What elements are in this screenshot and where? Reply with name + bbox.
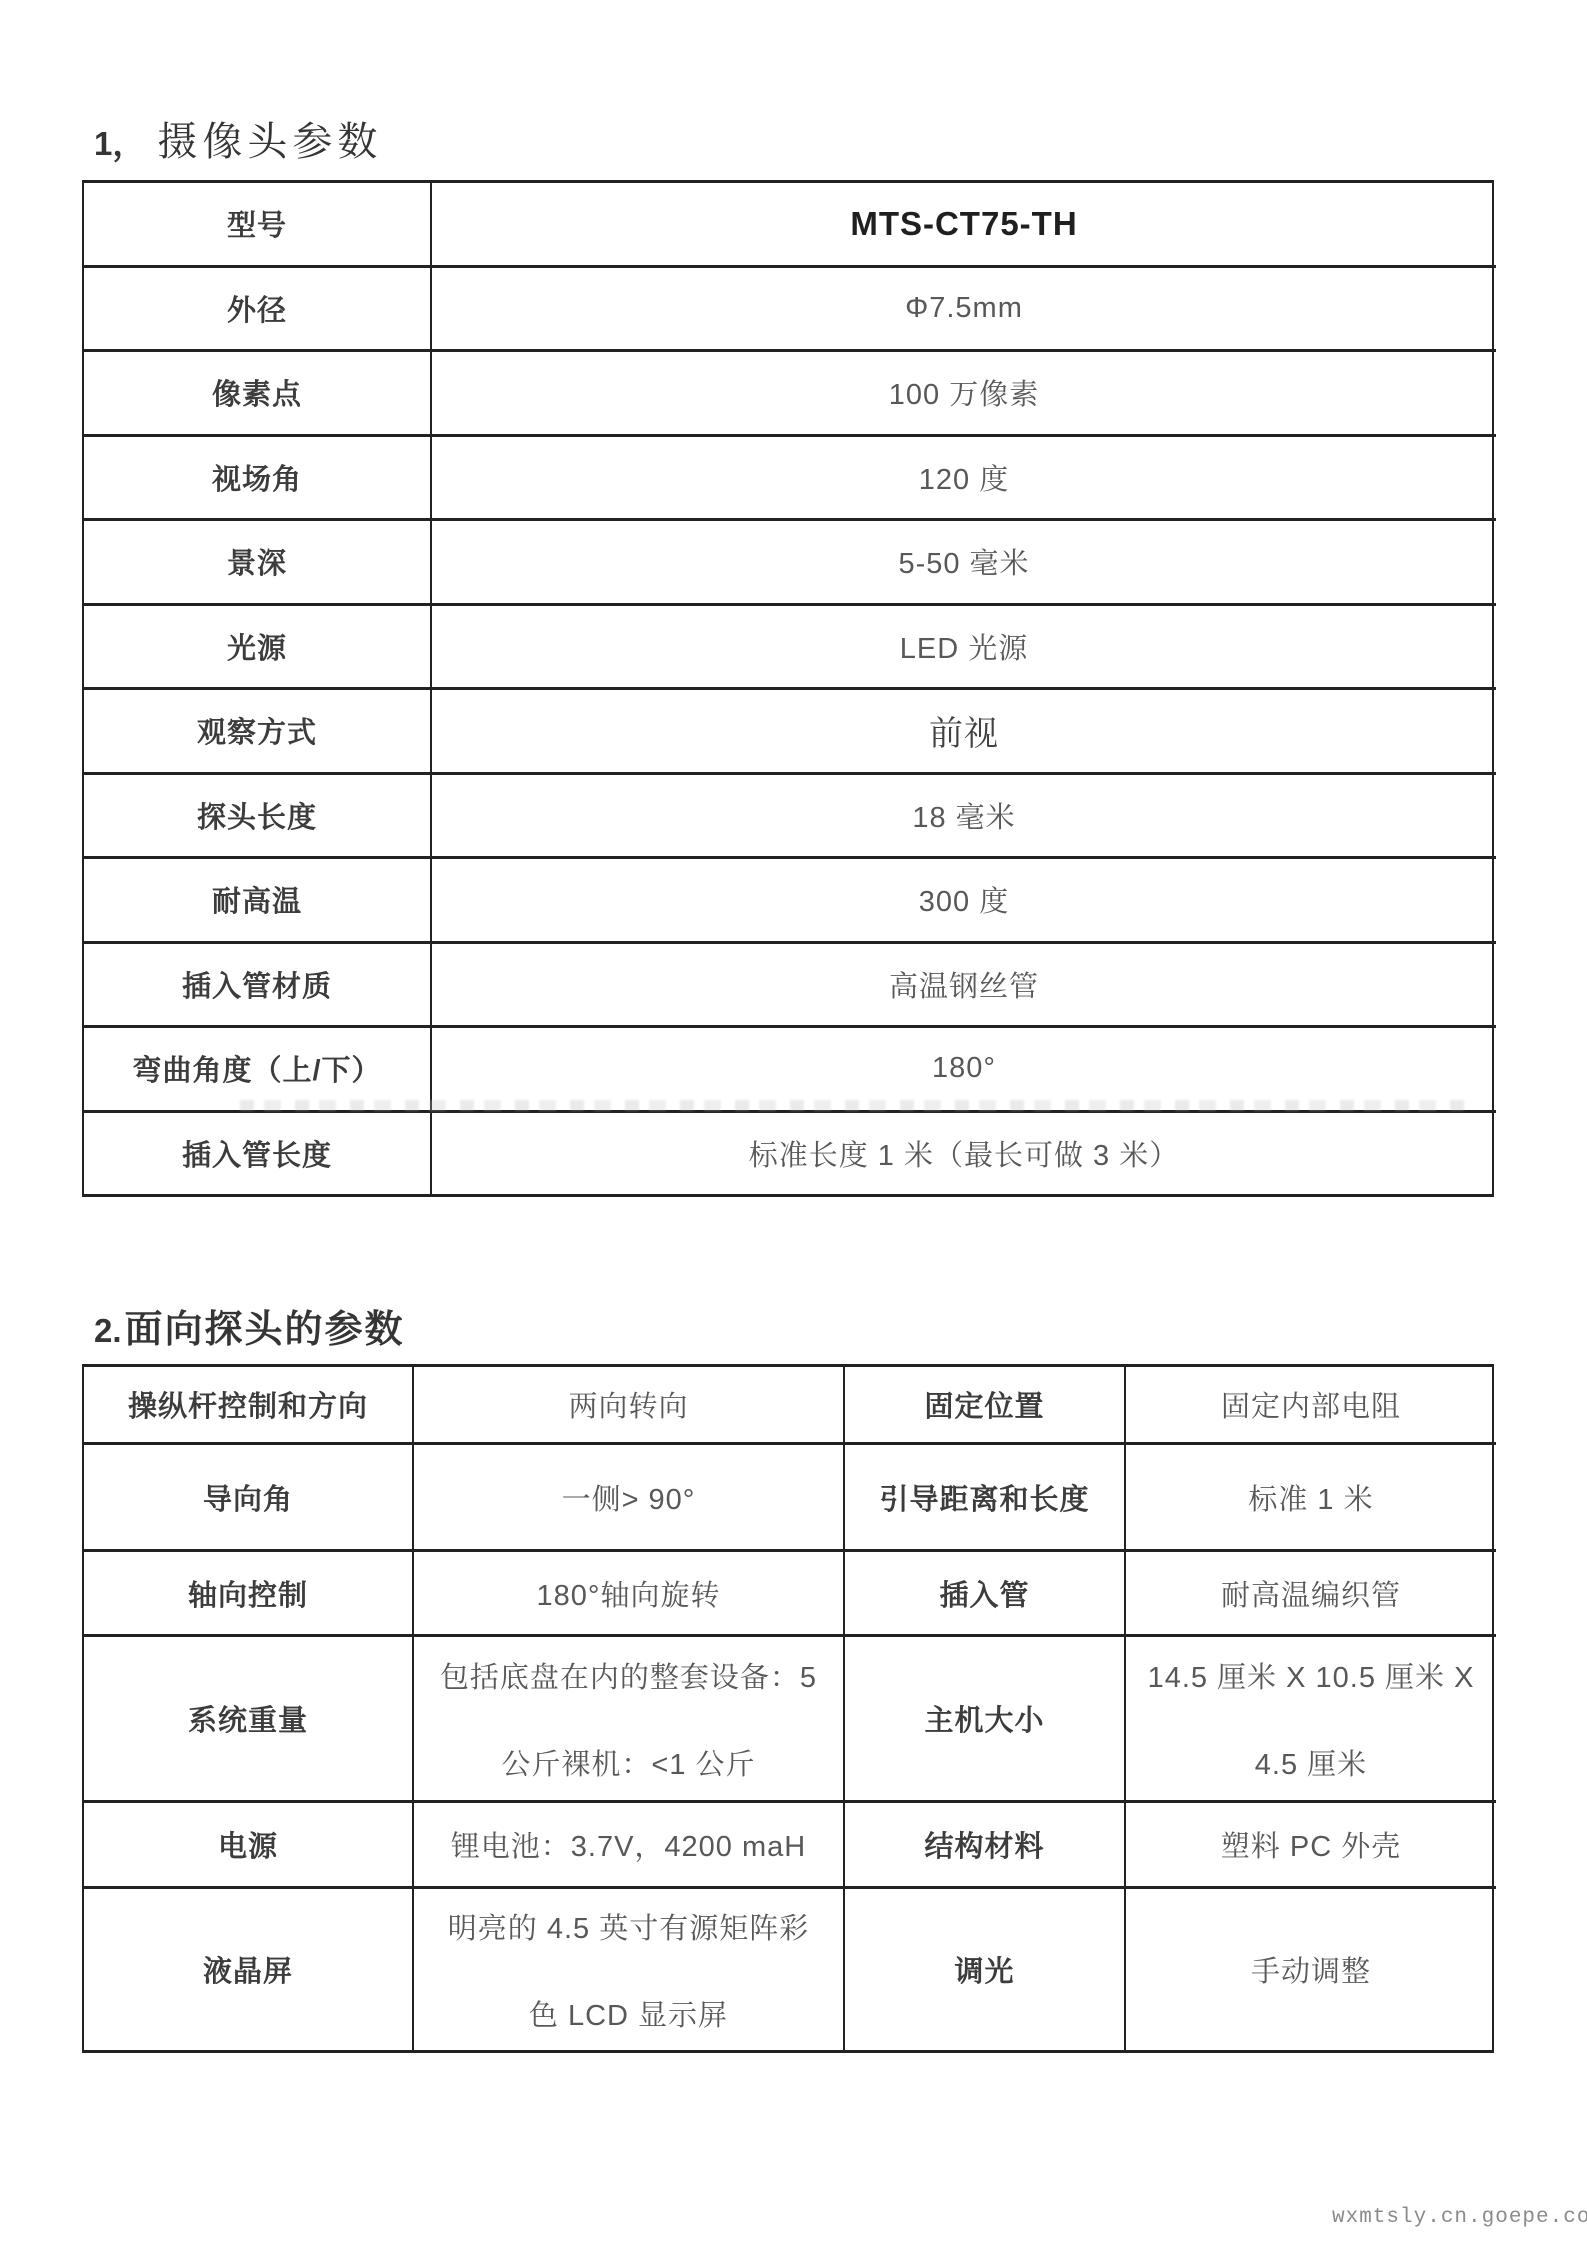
param-value-line: 手动调整 bbox=[1251, 1949, 1371, 1990]
spec-value-cell: 高温钢丝管 bbox=[432, 944, 1496, 1029]
spec-value-cell: 前视 bbox=[432, 690, 1496, 775]
param-label: 操纵杆控制和方向 bbox=[128, 1384, 368, 1425]
param-value-cell: 耐高温编织管 bbox=[1126, 1552, 1496, 1637]
param-label: 导向角 bbox=[203, 1477, 293, 1518]
param-value-lines: 耐高温编织管 bbox=[1221, 1573, 1401, 1614]
spec-label-cell: 外径 bbox=[84, 268, 432, 353]
param-value-line: 4.5 厘米 bbox=[1255, 1742, 1367, 1783]
param-label: 结构材料 bbox=[924, 1824, 1044, 1865]
spec-value: LED 光源 bbox=[900, 626, 1028, 667]
param-label-cell: 液晶屏 bbox=[84, 1889, 414, 2050]
param-label: 引导距离和长度 bbox=[879, 1477, 1089, 1518]
param-value-lines: 手动调整 bbox=[1251, 1949, 1371, 1990]
spec-label-cell: 插入管材质 bbox=[84, 944, 432, 1029]
spec-value-cell: 18 毫米 bbox=[432, 775, 1496, 860]
spec-value-cell: 标准长度 1 米（最长可做 3 米） bbox=[432, 1113, 1496, 1195]
param-value-line: 耐高温编织管 bbox=[1221, 1573, 1401, 1614]
param-value-lines: 一侧> 90° bbox=[562, 1477, 696, 1518]
spec-value: 标准长度 1 米（最长可做 3 米） bbox=[749, 1133, 1180, 1174]
param-label: 插入管 bbox=[939, 1573, 1029, 1614]
spec-value-cell: LED 光源 bbox=[432, 606, 1496, 691]
param-value-lines: 14.5 厘米 X 10.5 厘米 X4.5 厘米 bbox=[1148, 1655, 1475, 1783]
spec-value: 18 毫米 bbox=[912, 795, 1015, 836]
param-value-lines: 包括底盘在内的整套设备：5公斤裸机：<1 公斤 bbox=[440, 1655, 817, 1783]
param-value-cell: 标准 1 米 bbox=[1126, 1445, 1496, 1552]
param-value-line: 14.5 厘米 X 10.5 厘米 X bbox=[1148, 1655, 1475, 1696]
param-value-cell: 锂电池：3.7V，4200 maH bbox=[414, 1803, 845, 1889]
param-value-cell: 14.5 厘米 X 10.5 厘米 X4.5 厘米 bbox=[1126, 1637, 1496, 1803]
section-label: 面向探头的参数 bbox=[125, 1309, 405, 1351]
spec-value-cell: 5-50 毫米 bbox=[432, 521, 1496, 606]
spec-label: 耐高温 bbox=[212, 879, 302, 920]
param-value-line: 色 LCD 显示屏 bbox=[529, 1993, 728, 2034]
param-label-cell: 导向角 bbox=[84, 1445, 414, 1552]
watermark-text: wxmtsly.cn.goepe.com bbox=[1332, 2206, 1587, 2229]
spec-label: 插入管材质 bbox=[182, 964, 332, 1005]
param-value-line: 两向转向 bbox=[568, 1384, 688, 1425]
spec-label: 视场角 bbox=[212, 457, 302, 498]
param-value-lines: 锂电池：3.7V，4200 maH bbox=[451, 1824, 806, 1865]
param-value-line: 标准 1 米 bbox=[1248, 1477, 1373, 1518]
spec-value-cell: 300 度 bbox=[432, 859, 1496, 944]
param-value-cell: 包括底盘在内的整套设备：5公斤裸机：<1 公斤 bbox=[414, 1637, 845, 1803]
param-value-cell: 塑料 PC 外壳 bbox=[1126, 1803, 1496, 1889]
spec-value-cell: 100 万像素 bbox=[432, 352, 1496, 437]
param-label-cell: 操纵杆控制和方向 bbox=[84, 1367, 414, 1445]
spec-value-cell: 120 度 bbox=[432, 437, 1496, 522]
spec-label: 外径 bbox=[227, 288, 287, 329]
spec-label: 光源 bbox=[227, 626, 287, 667]
param-label-cell: 调光 bbox=[845, 1889, 1126, 2050]
spec-value: Φ7.5mm bbox=[905, 292, 1023, 325]
document-page: 1，摄像头参数 型号MTS-CT75-TH外径Φ7.5mm像素点100 万像素视… bbox=[0, 0, 1587, 2245]
param-value-line: 180°轴向旋转 bbox=[537, 1573, 721, 1614]
spec-label-cell: 像素点 bbox=[84, 352, 432, 437]
param-value-line: 明亮的 4.5 英寸有源矩阵彩 bbox=[448, 1906, 809, 1947]
spec-label: 弯曲角度（上/下） bbox=[132, 1048, 381, 1089]
param-value-cell: 两向转向 bbox=[414, 1367, 845, 1445]
param-label: 液晶屏 bbox=[203, 1949, 293, 1990]
param-label: 固定位置 bbox=[924, 1384, 1044, 1425]
spec-label-cell: 插入管长度 bbox=[84, 1113, 432, 1195]
param-label: 主机大小 bbox=[924, 1698, 1044, 1739]
section-number: 1， bbox=[94, 125, 145, 162]
param-label-cell: 电源 bbox=[84, 1803, 414, 1889]
spec-label: 插入管长度 bbox=[182, 1133, 332, 1174]
param-value-lines: 塑料 PC 外壳 bbox=[1221, 1824, 1401, 1865]
param-label-cell: 插入管 bbox=[845, 1552, 1126, 1637]
param-value-line: 包括底盘在内的整套设备：5 bbox=[440, 1655, 817, 1696]
param-value-lines: 明亮的 4.5 英寸有源矩阵彩色 LCD 显示屏 bbox=[448, 1906, 809, 2034]
spec-label: 观察方式 bbox=[197, 710, 317, 751]
spec-value: 120 度 bbox=[919, 457, 1009, 498]
param-label-cell: 主机大小 bbox=[845, 1637, 1126, 1803]
param-value-line: 公斤裸机：<1 公斤 bbox=[501, 1742, 755, 1783]
param-label-cell: 结构材料 bbox=[845, 1803, 1126, 1889]
param-label: 电源 bbox=[218, 1824, 278, 1865]
spec-value: 180° bbox=[932, 1052, 996, 1085]
spec-label-cell: 型号 bbox=[84, 183, 432, 268]
spec-label-cell: 景深 bbox=[84, 521, 432, 606]
param-label-cell: 系统重量 bbox=[84, 1637, 414, 1803]
spec-value: 高温钢丝管 bbox=[889, 964, 1039, 1005]
faint-scan-artifact bbox=[240, 1100, 1470, 1111]
param-value-lines: 标准 1 米 bbox=[1248, 1477, 1373, 1518]
spec-value-cell: MTS-CT75-TH bbox=[432, 183, 1496, 268]
spec-value: MTS-CT75-TH bbox=[850, 205, 1077, 243]
spec-label: 景深 bbox=[227, 541, 287, 582]
spec-label: 型号 bbox=[227, 203, 287, 244]
param-label-cell: 轴向控制 bbox=[84, 1552, 414, 1637]
spec-label-cell: 耐高温 bbox=[84, 859, 432, 944]
probe-spec-table: 操纵杆控制和方向两向转向固定位置固定内部电阻导向角一侧> 90°引导距离和长度标… bbox=[82, 1364, 1494, 2053]
param-label: 调光 bbox=[954, 1949, 1014, 1990]
param-value-cell: 手动调整 bbox=[1126, 1889, 1496, 2050]
section-title-camera-params: 1，摄像头参数 bbox=[94, 110, 382, 167]
param-value-line: 固定内部电阻 bbox=[1221, 1384, 1401, 1425]
param-value-lines: 两向转向 bbox=[568, 1384, 688, 1425]
param-label-cell: 固定位置 bbox=[845, 1367, 1126, 1445]
camera-spec-table: 型号MTS-CT75-TH外径Φ7.5mm像素点100 万像素视场角120 度景… bbox=[82, 180, 1494, 1197]
param-value-cell: 固定内部电阻 bbox=[1126, 1367, 1496, 1445]
spec-value: 100 万像素 bbox=[889, 372, 1039, 413]
spec-label: 探头长度 bbox=[197, 795, 317, 836]
spec-value: 300 度 bbox=[919, 879, 1009, 920]
param-label-cell: 引导距离和长度 bbox=[845, 1445, 1126, 1552]
section-title-probe-params: 2.面向探头的参数 bbox=[94, 1298, 405, 1353]
spec-label-cell: 光源 bbox=[84, 606, 432, 691]
param-value-cell: 明亮的 4.5 英寸有源矩阵彩色 LCD 显示屏 bbox=[414, 1889, 845, 2050]
spec-label-cell: 观察方式 bbox=[84, 690, 432, 775]
section-number: 2. bbox=[94, 1312, 122, 1349]
spec-value: 5-50 毫米 bbox=[898, 541, 1029, 582]
param-value-line: 一侧> 90° bbox=[562, 1477, 696, 1518]
param-value-line: 锂电池：3.7V，4200 maH bbox=[451, 1824, 806, 1865]
section-label: 摄像头参数 bbox=[157, 119, 382, 164]
spec-label-cell: 探头长度 bbox=[84, 775, 432, 860]
param-value-line: 塑料 PC 外壳 bbox=[1221, 1824, 1401, 1865]
param-label: 轴向控制 bbox=[188, 1573, 308, 1614]
spec-label-cell: 视场角 bbox=[84, 437, 432, 522]
param-label: 系统重量 bbox=[188, 1698, 308, 1739]
param-value-cell: 一侧> 90° bbox=[414, 1445, 845, 1552]
spec-label: 像素点 bbox=[212, 372, 302, 413]
param-value-lines: 180°轴向旋转 bbox=[537, 1573, 721, 1614]
spec-value: 前视 bbox=[929, 706, 999, 755]
spec-value-cell: Φ7.5mm bbox=[432, 268, 1496, 353]
param-value-lines: 固定内部电阻 bbox=[1221, 1384, 1401, 1425]
param-value-cell: 180°轴向旋转 bbox=[414, 1552, 845, 1637]
